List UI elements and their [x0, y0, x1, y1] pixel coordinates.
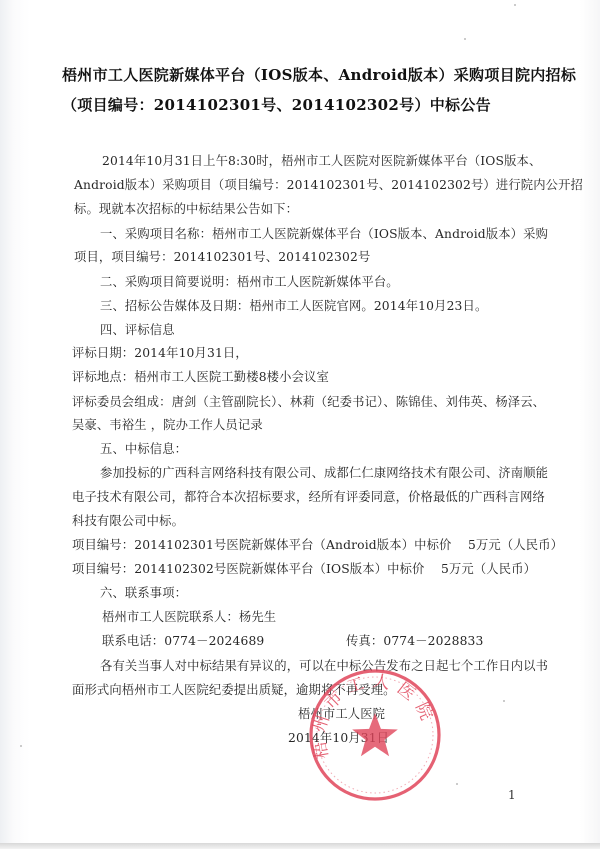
document-title-line-1: 梧州市工人医院新媒体平台（IOS版本、Android版本）采购项目院内招标 — [62, 64, 582, 85]
evaluation-date: 评标日期：2014年10月31日， — [72, 343, 248, 361]
intro-line-1: 2014年10月31日上午8:30时，梧州市工人医院对医院新媒体平台（IOS版本… — [102, 151, 541, 169]
bid-result-line-1: 参加投标的广西科言网络科技有限公司、成都仁仁康网络技术有限公司、济南顺能 — [100, 463, 548, 481]
objection-line-1: 各有关当事人对中标结果有异议的，可以在中标公告发布之日起七个工作日内以书 — [100, 656, 548, 674]
page-edge — [0, 843, 600, 849]
intro-line-3: 标。现就本次招标的中标结果公告如下： — [74, 199, 298, 217]
award-android: 项目编号：2014102301号医院新媒体平台（Android版本）中标价 5万… — [72, 535, 563, 553]
section-3: 三、招标公告媒体及日期：梧州市工人医院官网。2014年10月23日。 — [100, 296, 487, 314]
section-2: 二、采购项目简要说明：梧州市工人医院新媒体平台。 — [100, 272, 399, 290]
page-number: 1 — [508, 788, 516, 802]
evaluation-committee-line-1: 评标委员会组成：唐剑（主管副院长）、林莉（纪委书记）、陈锦佳、刘伟英、杨泽云、 — [72, 392, 545, 410]
document-title-line-2: （项目编号：2014102301号、2014102302号）中标公告 — [62, 94, 582, 115]
contact-phone: 联系电话：0774－2024689 — [102, 631, 264, 649]
contact-person: 梧州市工人医院联系人：杨先生 — [102, 607, 276, 625]
objection-line-2: 面形式向梧州市工人医院纪委提出质疑，逾期将不再受理。 — [72, 680, 396, 698]
evaluation-location: 评标地点：梧州市工人医院工勤楼8楼小会议室 — [72, 367, 329, 385]
section-1-line-1: 一、采购项目名称：梧州市工人医院新媒体平台（IOS版本、Android版本）采购 — [100, 224, 548, 242]
section-6-heading: 六、联系事项： — [100, 583, 187, 601]
section-5-heading: 五、中标信息： — [100, 439, 187, 457]
signature-date: 2014年10月31日 — [288, 728, 389, 746]
award-ios: 项目编号：2014102302号医院新媒体平台（IOS版本）中标价 5万元（人民… — [72, 559, 536, 577]
signature-organization: 梧州市工人医院 — [298, 704, 385, 722]
evaluation-committee-line-2: 吴豪、韦裕生 ，院办工作人员记录 — [72, 415, 263, 433]
bid-result-line-3: 科技有限公司中标。 — [72, 511, 184, 529]
bid-result-line-2: 电子技术有限公司，都符合本次招标要求，经所有评委同意，价格最低的广西科言网络 — [72, 487, 545, 505]
intro-line-2: Android版本）采购项目（项目编号：2014102301号、20141023… — [74, 175, 583, 193]
section-4-heading: 四、评标信息 — [100, 320, 175, 338]
section-1-line-2: 项目，项目编号：2014102301号、2014102302号 — [74, 247, 370, 265]
contact-fax: 传真：0774－2028833 — [346, 631, 484, 649]
document-page: 梧州市工人医院新媒体平台（IOS版本、Android版本）采购项目院内招标 （项… — [0, 0, 600, 849]
